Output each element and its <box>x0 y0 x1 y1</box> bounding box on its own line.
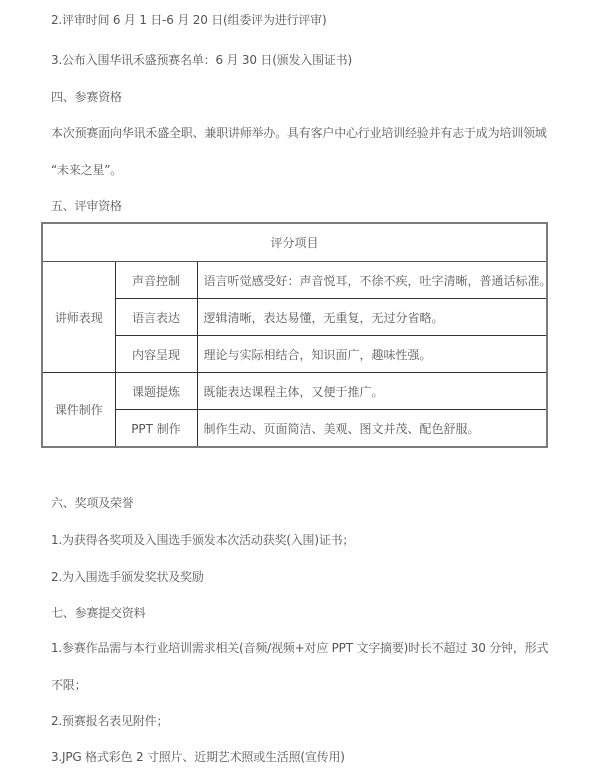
material-line-2: 2.预赛报名表见附件； <box>51 712 168 730</box>
table-row: 内容呈现 理论与实际相结合，知识面广，趣味性强。 <box>42 336 547 373</box>
item-cell: PPT 制作 <box>115 410 197 448</box>
table-header-row: 评分项目 <box>42 223 547 262</box>
eligibility-text-line-1: 本次预赛面向华讯禾盛全职、兼职讲师举办。具有客户中心行业培训经验并有志于成为培训… <box>51 124 547 142</box>
publish-list-line: 3.公布入围华讯禾盛预赛名单：6 月 30 日(颁发入围证书) <box>51 51 352 69</box>
desc-cell: 逻辑清晰，表达易懂，无重复，无过分省略。 <box>197 299 547 336</box>
item-cell: 内容呈现 <box>115 336 197 373</box>
table-row: 课件制作 课题提炼 既能表达课程主体，又便于推广。 <box>42 373 547 410</box>
award-line-1: 1.为获得各奖项及入围选手颁发本次活动获奖(入围)证书； <box>51 531 354 549</box>
material-line-3: 3.JPG 格式彩色 2 寸照片、近期艺术照或生活照(宣传用) <box>51 748 345 766</box>
eligibility-text-line-2: “未来之星”。 <box>51 161 122 179</box>
table-row: 讲师表现 声音控制 语言听觉感受好：声音悦耳，不徐不疾，吐字清晰，普通话标准。 <box>42 262 547 299</box>
table-row: 语言表达 逻辑清晰，表达易懂，无重复，无过分省略。 <box>42 299 547 336</box>
item-cell: 课题提炼 <box>115 373 197 410</box>
award-line-2: 2.为入围选手颁发奖状及奖励 <box>51 568 204 586</box>
table-row: PPT 制作 制作生动、页面简洁、美观、图文并茂、配色舒服。 <box>42 410 547 448</box>
section-5-heading: 五、评审资格 <box>51 197 122 215</box>
review-time-line: 2.评审时间 6 月 1 日-6 月 20 日(组委评为进行评审) <box>51 11 326 29</box>
group-cell-courseware: 课件制作 <box>42 373 115 448</box>
desc-cell: 既能表达课程主体，又便于推广。 <box>197 373 547 410</box>
desc-cell: 语言听觉感受好：声音悦耳，不徐不疾，吐字清晰，普通话标准。 <box>197 262 547 299</box>
section-7-heading: 七、参赛提交资料 <box>51 604 145 622</box>
group-cell-lecturer-performance: 讲师表现 <box>42 262 115 373</box>
desc-cell: 制作生动、页面简洁、美观、图文并茂、配色舒服。 <box>197 410 547 448</box>
material-line-1a: 1.参赛作品需与本行业培训需求相关(音频/视频+对应 PPT 文字摘要)时长不超… <box>51 639 548 657</box>
item-cell: 声音控制 <box>115 262 197 299</box>
material-line-1b: 不限； <box>51 676 86 694</box>
section-6-heading: 六、奖项及荣誉 <box>51 494 134 512</box>
desc-cell: 理论与实际相结合，知识面广，趣味性强。 <box>197 336 547 373</box>
scoring-table: 评分项目 讲师表现 声音控制 语言听觉感受好：声音悦耳，不徐不疾，吐字清晰，普通… <box>41 222 548 448</box>
item-cell: 语言表达 <box>115 299 197 336</box>
section-4-heading: 四、参赛资格 <box>51 88 122 106</box>
table-header-cell: 评分项目 <box>42 223 547 262</box>
